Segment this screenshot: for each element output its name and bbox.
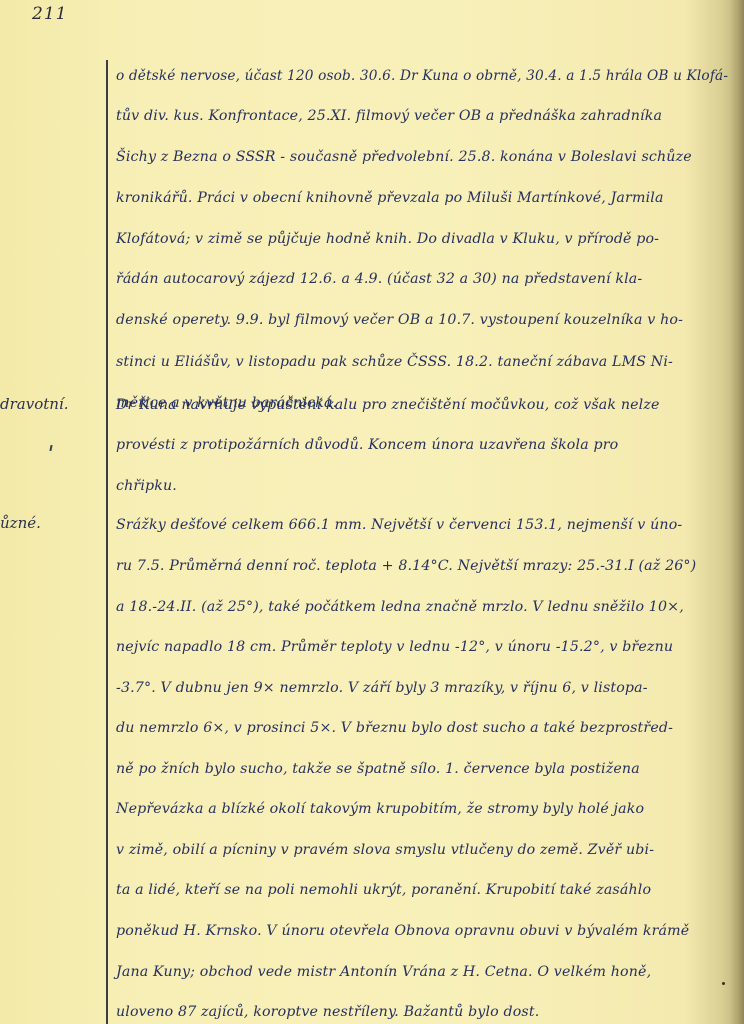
text-line: Šichy z Bezna o SSSR - současně předvole… xyxy=(116,149,692,165)
text-line: o dětské nervose, účast 120 osob. 30.6. … xyxy=(116,68,728,84)
text-line: -3.7°. V dubnu jen 9× nemrzlo. V září by… xyxy=(116,680,648,696)
text-line: nejvíc napadlo 18 cm. Průměr teploty v l… xyxy=(116,639,673,655)
text-line: uloveno 87 zajíců, koroptve nestříleny. … xyxy=(116,1004,539,1020)
text-line: stinci u Eliášův, v listopadu pak schůze… xyxy=(116,354,673,370)
text-line: a 18.-24.II. (až 25°), také počátkem led… xyxy=(116,599,684,615)
text-line: poněkud H. Krnsko. V únoru otevřela Obno… xyxy=(116,923,689,939)
text-line: ně po žních bylo sucho, takže se špatně … xyxy=(116,761,640,777)
margin-rule-line xyxy=(106,60,108,1024)
text-line: Nepřevázka a blízké okolí takovým krupob… xyxy=(116,801,644,817)
page-edge-shadow xyxy=(730,0,744,1024)
handwritten-chronicle-page: 211 dravotní. ůzné. o dětské nervose, úč… xyxy=(0,0,744,1024)
page-number: 211 xyxy=(32,4,67,24)
text-line: tův div. kus. Konfrontace, 25.XI. filmov… xyxy=(116,108,662,124)
text-line: Jana Kuny; obchod vede mistr Antonín Vrá… xyxy=(116,964,651,980)
section-zdravotni-line-3: chřipku. xyxy=(116,478,177,494)
section-ruzne-line-1: Srážky dešťové celkem 666.1 mm. Největší… xyxy=(116,517,682,533)
text-line: denské operety. 9.9. byl filmový večer O… xyxy=(116,312,683,328)
ink-mark xyxy=(49,445,52,451)
section-zdravotni-line-2: provésti z protipožárních důvodů. Koncem… xyxy=(116,437,618,453)
section-zdravotni-line-1: Dr Kuna navrhuje vypuštění kalu pro zneč… xyxy=(116,397,660,413)
text-line: du nemrzlo 6×, v prosinci 5×. V březnu b… xyxy=(116,720,673,736)
text-line: Klofátová; v zimě se půjčuje hodně knih.… xyxy=(116,231,659,247)
text-line: řádán autocarový zájezd 12.6. a 4.9. (úč… xyxy=(116,271,642,287)
text-line: ta a lidé, kteří se na poli nemohli ukrý… xyxy=(116,882,651,898)
text-line: kronikářů. Práci v obecní knihovně převz… xyxy=(116,190,664,206)
margin-label-zdravotni: dravotní. xyxy=(0,395,68,413)
ink-dot xyxy=(722,982,725,985)
margin-label-ruzne: ůzné. xyxy=(0,514,41,532)
text-line: v zimě, obilí a pícniny v pravém slova s… xyxy=(116,842,654,858)
text-line: ru 7.5. Průměrná denní roč. teplota + 8.… xyxy=(116,558,696,574)
